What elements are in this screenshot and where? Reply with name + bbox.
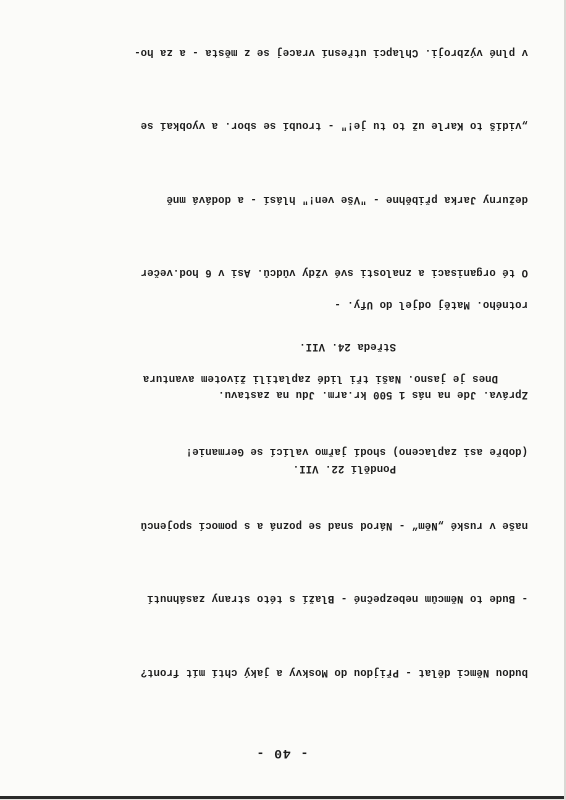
text-line: O té organisaci a znalosti své vždy vůdc… (48, 260, 528, 285)
entry-date: Středa 24. VII. (48, 334, 528, 359)
text-line: v plné výzbroji. Chlapci utřesní vracej … (48, 40, 528, 65)
text-line: - Bude to Němcům nebezpečné - Blaží s té… (48, 586, 528, 611)
entry-wednesday: Středa 24. VII. O té organisaci a znalos… (48, 0, 528, 407)
page-edge (0, 796, 564, 799)
text-line: dežurny Jarka přiběhne - "Vše ven!" hlás… (48, 187, 528, 212)
page-number: - 40 - (0, 746, 564, 761)
entry-date: Pondělí 22. VII. (48, 456, 528, 481)
text-line: budou Němci dělat - Přijdou do Moskvy a … (48, 660, 528, 685)
typewritten-page: - 40 - budou Němci dělat - Přijdou do Mo… (0, 0, 566, 800)
text-line: „vidíš to Karle už to tu je!" - troubí s… (48, 113, 528, 138)
